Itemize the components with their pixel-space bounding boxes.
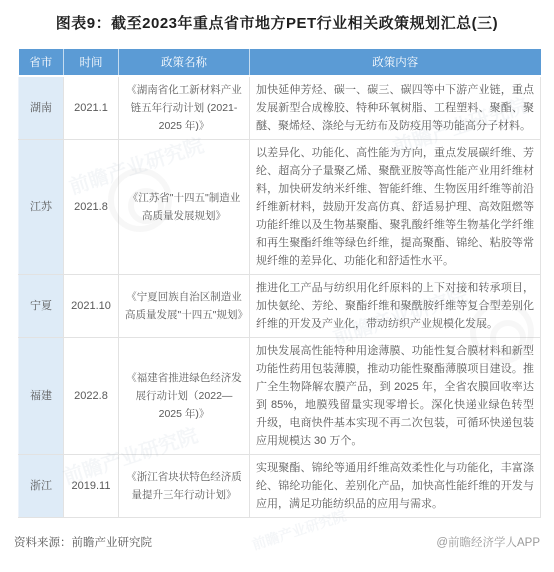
credit-text: @前瞻经济学人APP (436, 534, 540, 550)
cell-policy-name: 《湖南省化工新材料产业链五年行动计划 (2021-2025 年)》 (119, 76, 250, 140)
cell-province: 湖南 (19, 76, 64, 140)
cell-policy-content: 以差异化、功能化、高性能为方向，重点发展碳纤维、芳纶、超高分子量聚乙烯、聚酰亚胺… (250, 140, 541, 275)
cell-province: 福建 (19, 338, 64, 455)
cell-policy-content: 推进化工产品与纺织用化纤原料的上下对接和转承项目，加快氨纶、芳纶、聚酯纤维和聚酰… (250, 275, 541, 338)
cell-date: 2022.8 (64, 338, 119, 455)
column-header-policy-content: 政策内容 (250, 49, 541, 76)
table-body: 湖南 2021.1 《湖南省化工新材料产业链五年行动计划 (2021-2025 … (19, 76, 541, 518)
column-header-policy-name: 政策名称 (119, 49, 250, 76)
cell-province: 浙江 (19, 455, 64, 518)
cell-date: 2021.10 (64, 275, 119, 338)
table-row: 江苏 2021.8 《江苏省"十四五"制造业高质量发展规划》 以差异化、功能化、… (19, 140, 541, 275)
cell-province: 宁夏 (19, 275, 64, 338)
cell-date: 2019.11 (64, 455, 119, 518)
table-row: 宁夏 2021.10 《宁夏回族自治区制造业高质量发展"十四五"规划》 推进化工… (19, 275, 541, 338)
cell-policy-content: 加快延伸芳烃、碳一、碳三、碳四等中下游产业链，重点发展新型合成橡胶、特种环氧树脂… (250, 76, 541, 140)
column-header-province: 省市 (19, 49, 64, 76)
cell-date: 2021.8 (64, 140, 119, 275)
cell-date: 2021.1 (64, 76, 119, 140)
cell-policy-name: 《福建省推进绿色经济发展行动计划（2022—2025 年)》 (119, 338, 250, 455)
table-row: 浙江 2019.11 《浙江省块状特色经济质量提升三年行动计划》 实现聚酯、锦纶… (19, 455, 541, 518)
policy-table: 省市 时间 政策名称 政策内容 湖南 2021.1 《湖南省化工新材料产业链五年… (18, 49, 541, 518)
table-header-row: 省市 时间 政策名称 政策内容 (19, 49, 541, 76)
source-text: 资料来源：前瞻产业研究院 (14, 534, 152, 550)
cell-policy-name: 《江苏省"十四五"制造业高质量发展规划》 (119, 140, 250, 275)
cell-policy-name: 《宁夏回族自治区制造业高质量发展"十四五"规划》 (119, 275, 250, 338)
table-row: 福建 2022.8 《福建省推进绿色经济发展行动计划（2022—2025 年)》… (19, 338, 541, 455)
cell-policy-name: 《浙江省块状特色经济质量提升三年行动计划》 (119, 455, 250, 518)
chart-title: 图表9：截至2023年重点省市地方PET行业相关政策规划汇总(三) (0, 0, 554, 33)
column-header-date: 时间 (64, 49, 119, 76)
footer: 资料来源：前瞻产业研究院 @前瞻经济学人APP (14, 534, 540, 550)
cell-policy-content: 加快发展高性能特种用途薄膜、功能性复合膜材料和新型功能性药用包装薄膜，推动功能性… (250, 338, 541, 455)
table-row: 湖南 2021.1 《湖南省化工新材料产业链五年行动计划 (2021-2025 … (19, 76, 541, 140)
cell-province: 江苏 (19, 140, 64, 275)
chart-page: 图表9：截至2023年重点省市地方PET行业相关政策规划汇总(三) 省市 时间 … (0, 0, 554, 572)
cell-policy-content: 实现聚酯、锦纶等通用纤维高效柔性化与功能化，丰富涤纶、锦纶功能化、差别化产品，加… (250, 455, 541, 518)
